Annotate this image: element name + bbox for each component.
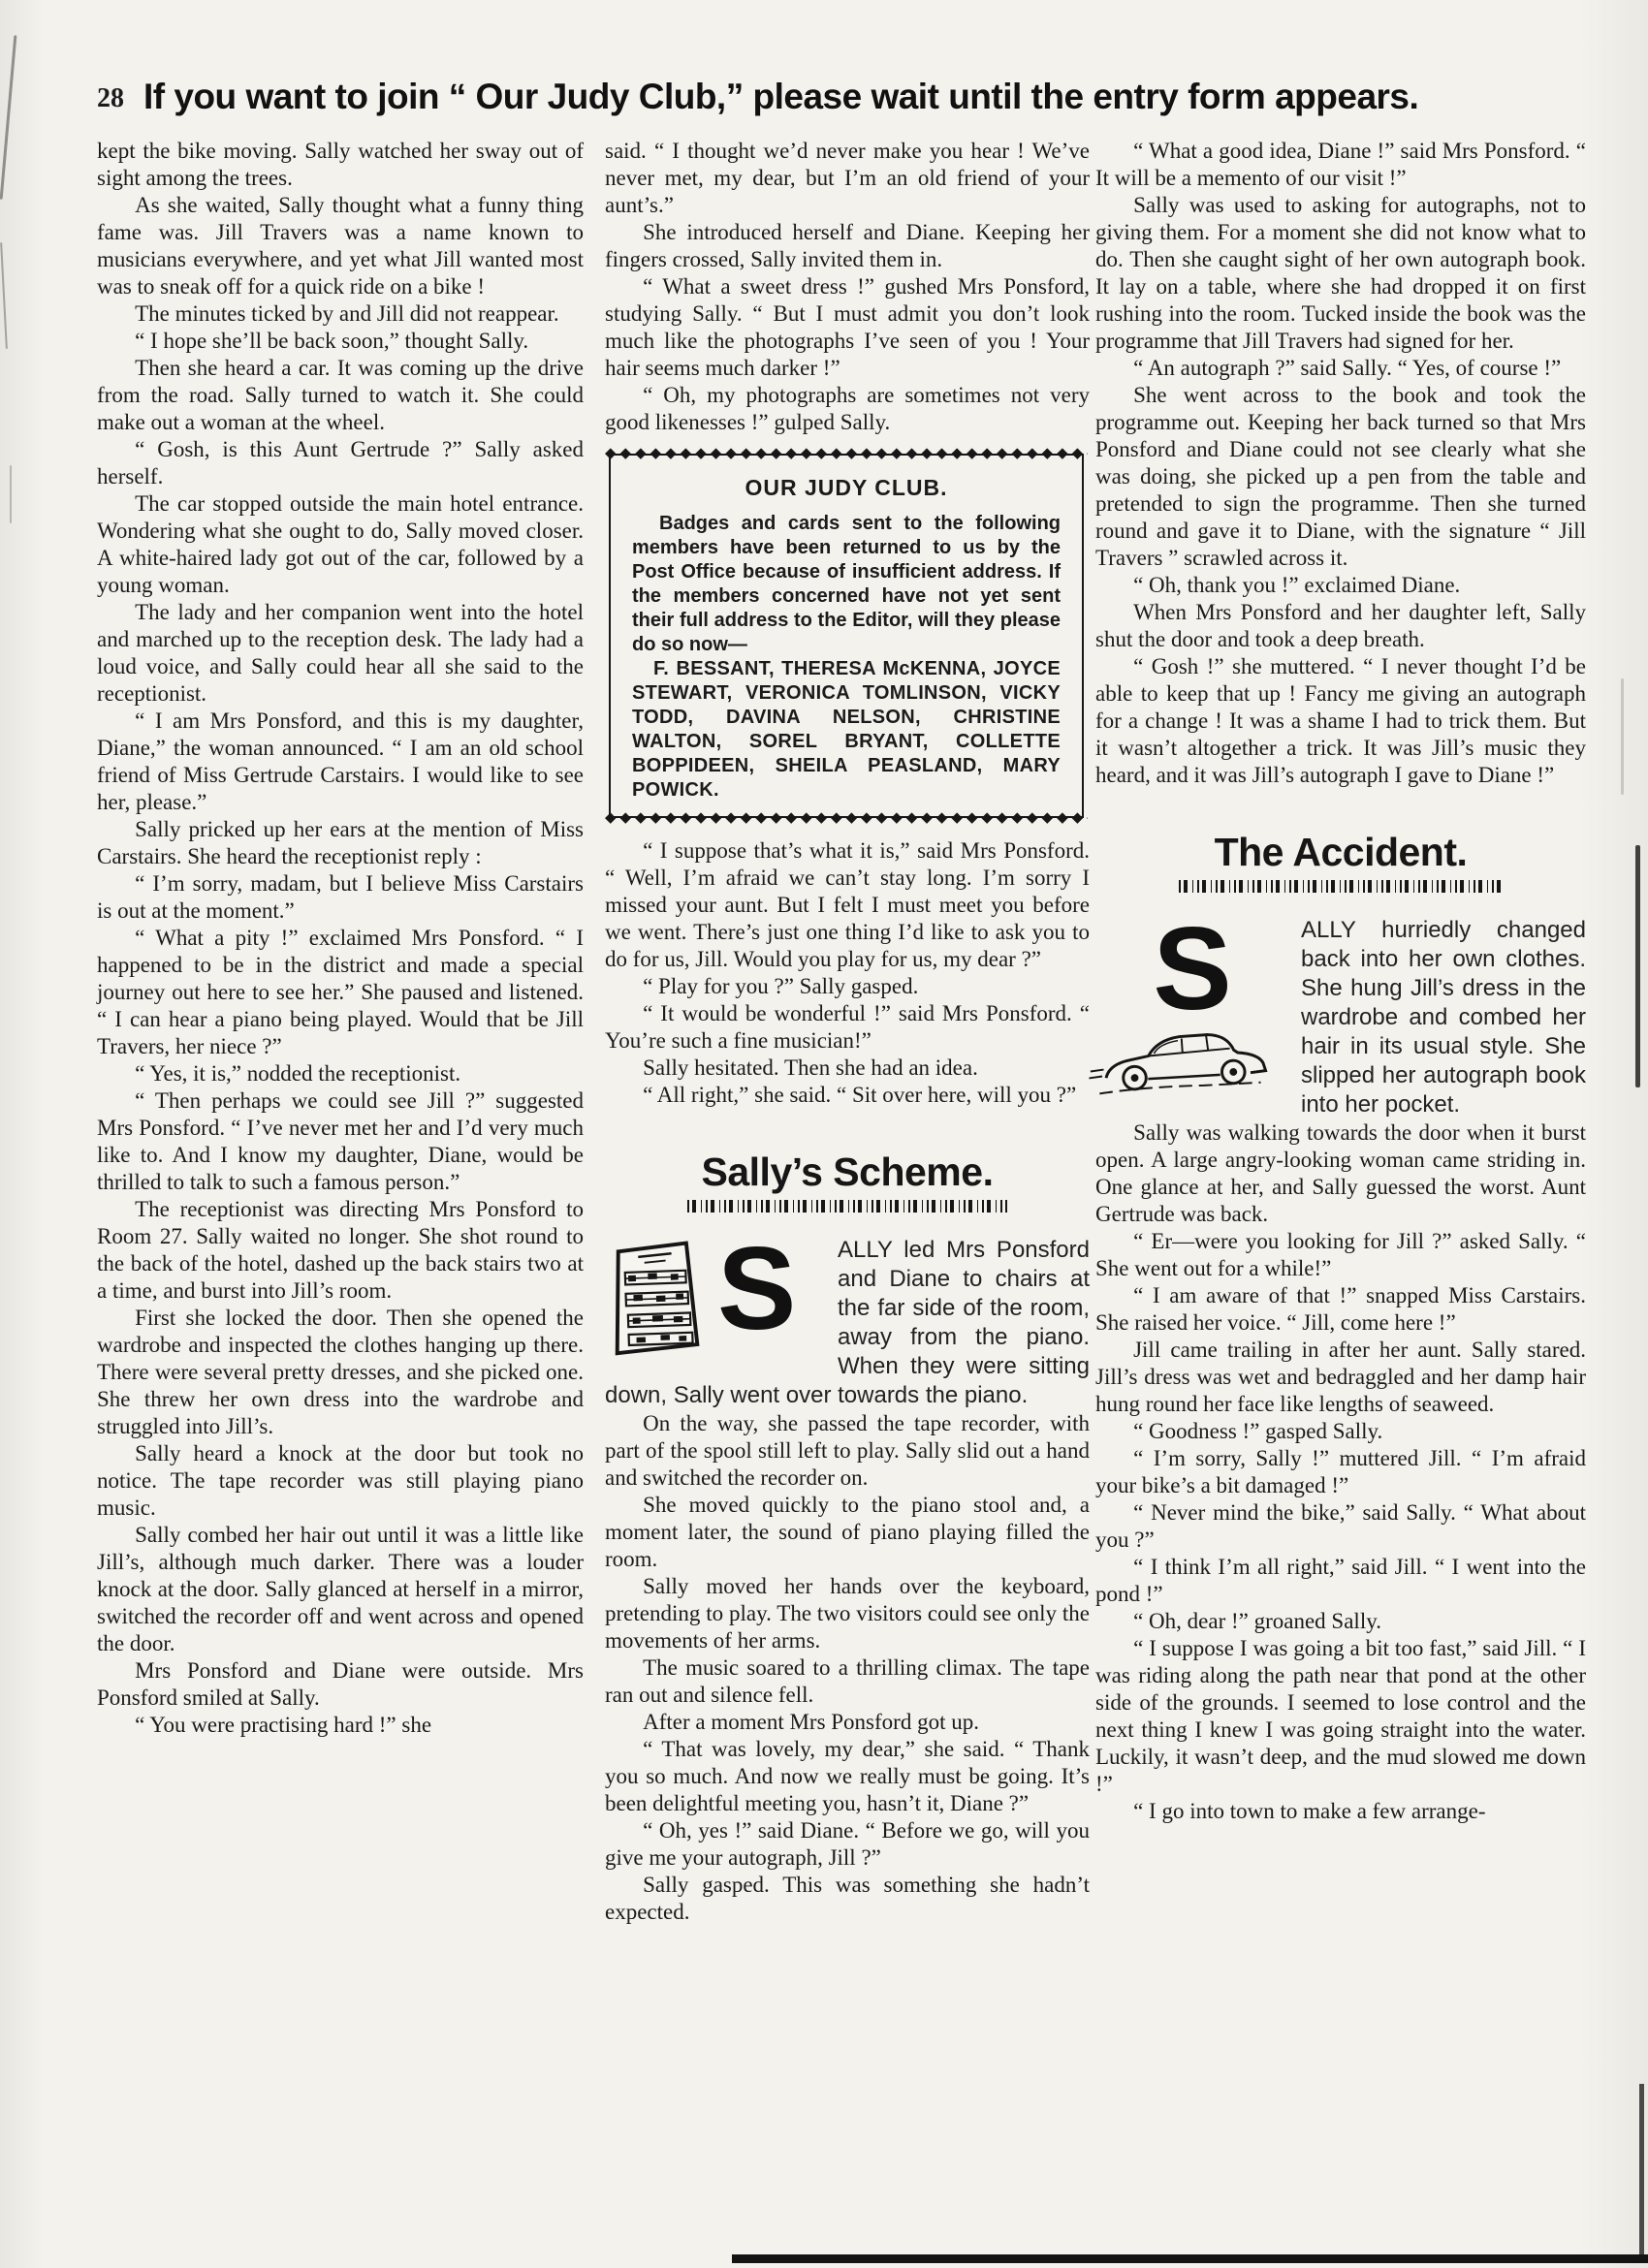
page-edge-mark — [1621, 678, 1624, 795]
paragraph: Sally pricked up her ears at the mention… — [97, 816, 584, 870]
paragraph: “ I am aware of that !” snapped Miss Car… — [1095, 1282, 1586, 1337]
page-edge-mark — [1639, 2084, 1644, 2263]
page-headline: If you want to join “ Our Judy Club,” pl… — [143, 78, 1598, 117]
paragraph: “ All right,” she said. “ Sit over here,… — [605, 1082, 1090, 1109]
club-box-border-right — [1075, 452, 1093, 820]
paragraph: “ Never mind the bike,” said Sally. “ Wh… — [1095, 1499, 1586, 1554]
paragraph: Jill came trailing in after her aunt. Sa… — [1095, 1337, 1586, 1418]
paragraph: “ Er—were you looking for Jill ?” asked … — [1095, 1228, 1586, 1282]
paragraph: After a moment Mrs Ponsford got up. — [605, 1709, 1090, 1736]
club-box-border-left — [600, 452, 618, 820]
section-heading-the-accident: The Accident. — [1095, 832, 1586, 893]
column3-top-paragraphs: “ What a good idea, Diane !” said Mrs Po… — [1095, 138, 1586, 789]
paragraph: Sally gasped. This was something she had… — [605, 1872, 1090, 1926]
paragraph: “ Oh, my photographs are sometimes not v… — [605, 382, 1090, 436]
paragraph: Sally hesitated. Then she had an idea. — [605, 1055, 1090, 1082]
paragraph: “ Then perhaps we could see Jill ?” sugg… — [97, 1087, 584, 1196]
paragraph: The lady and her companion went into the… — [97, 599, 584, 708]
paragraph: Sally heard a knock at the door but took… — [97, 1440, 584, 1522]
paragraph: Sally was used to asking for autographs,… — [1095, 192, 1586, 355]
judy-club-notice-box: OUR JUDY CLUB. Badges and cards sent to … — [609, 454, 1084, 818]
paragraph: “ I’m sorry, madam, but I believe Miss C… — [97, 870, 584, 925]
text-column-2: said. “ I thought we’d never make you he… — [605, 138, 1090, 1926]
lead-figure: S — [1095, 920, 1289, 1094]
paragraph: She moved quickly to the piano stool and… — [605, 1492, 1090, 1573]
paragraph: “ An autograph ?” said Sally. “ Yes, of … — [1095, 355, 1586, 382]
column2-mid-paragraphs: “ I suppose that’s what it is,” said Mrs… — [605, 837, 1090, 1109]
paragraph: First she locked the door. Then she open… — [97, 1305, 584, 1440]
lead-text: ALLY hurriedly changed back into her own… — [1301, 917, 1586, 1118]
sheet-music-icon — [603, 1238, 710, 1360]
paragraph: “ I think I’m all right,” said Jill. “ I… — [1095, 1554, 1586, 1608]
paragraph: “ Yes, it is,” nodded the receptionist. — [97, 1060, 584, 1087]
drop-cap: S — [1153, 920, 1231, 1017]
column2-top-paragraphs: said. “ I thought we’d never make you he… — [605, 138, 1090, 436]
paragraph: “ I’m sorry, Sally !” muttered Jill. “ I… — [1095, 1445, 1586, 1499]
paragraph: Sally moved her hands over the keyboard,… — [605, 1573, 1090, 1654]
heading-rule-ornament — [1179, 880, 1503, 893]
section-heading-sallys-scheme: Sally’s Scheme. — [605, 1151, 1090, 1213]
page-edge-mark — [1635, 845, 1640, 1087]
paragraph: The music soared to a thrilling climax. … — [605, 1654, 1090, 1709]
paragraph: She went across to the book and took the… — [1095, 382, 1586, 572]
paragraph: “ Play for you ?” Sally gasped. — [605, 973, 1090, 1000]
paragraph: “ Oh, dear !” groaned Sally. — [1095, 1608, 1586, 1635]
text-column-1: kept the bike moving. Sally watched her … — [97, 138, 584, 1739]
paragraph: “ Goodness !” gasped Sally. — [1095, 1418, 1586, 1445]
paragraph: The car stopped outside the main hotel e… — [97, 490, 584, 599]
paragraph: said. “ I thought we’d never make you he… — [605, 138, 1090, 219]
paragraph: On the way, she passed the tape recorder… — [605, 1410, 1090, 1492]
paragraph: “ What a good idea, Diane !” said Mrs Po… — [1095, 138, 1586, 192]
text-column-3: “ What a good idea, Diane !” said Mrs Po… — [1095, 138, 1586, 1825]
page-edge-mark — [0, 35, 16, 200]
paragraph: “ Oh, yes !” said Diane. “ Before we go,… — [605, 1817, 1090, 1872]
club-box-body: Badges and cards sent to the following m… — [632, 512, 1061, 657]
paragraph: Sally was walking towards the door when … — [1095, 1119, 1586, 1228]
section-title: The Accident. — [1095, 832, 1586, 873]
lead-figure: S — [605, 1240, 826, 1358]
page-edge-mark — [10, 465, 12, 523]
section-lead-paragraph: S ALLY led Mrs Ponsford and Diane to cha… — [605, 1236, 1090, 1410]
paragraph: As she waited, Sally thought what a funn… — [97, 192, 584, 300]
paragraph: She introduced herself and Diane. Keepin… — [605, 219, 1090, 273]
paragraph: “ What a pity !” exclaimed Mrs Ponsford.… — [97, 925, 584, 1060]
paragraph: The minutes ticked by and Jill did not r… — [97, 300, 584, 328]
club-box-member-names: F. BESSANT, THERESA McKENNA, JOYCE STEWA… — [632, 657, 1061, 803]
paragraph: Then she heard a car. It was coming up t… — [97, 355, 584, 436]
page-bottom-scan-line — [732, 2254, 1648, 2263]
page-edge-mark — [0, 242, 8, 349]
paragraph: When Mrs Ponsford and her daughter left,… — [1095, 599, 1586, 653]
paragraph: Mrs Ponsford and Diane were outside. Mrs… — [97, 1657, 584, 1712]
section-title: Sally’s Scheme. — [605, 1151, 1090, 1193]
column3-bottom-paragraphs: Sally was walking towards the door when … — [1095, 1119, 1586, 1825]
paragraph: “ What a sweet dress !” gushed Mrs Ponsf… — [605, 273, 1090, 382]
paragraph: “ That was lovely, my dear,” she said. “… — [605, 1736, 1090, 1817]
paragraph: “ It would be wonderful !” said Mrs Pons… — [605, 1000, 1090, 1055]
club-box-title: OUR JUDY CLUB. — [632, 475, 1061, 502]
paragraph: “ I suppose I was going a bit too fast,”… — [1095, 1635, 1586, 1798]
paragraph: Sally combed her hair out until it was a… — [97, 1522, 584, 1657]
paragraph: “ Oh, thank you !” exclaimed Diane. — [1095, 572, 1586, 599]
column2-bottom-paragraphs: On the way, she passed the tape recorder… — [605, 1410, 1090, 1926]
page-number: 28 — [97, 85, 124, 112]
paragraph: “ I am Mrs Ponsford, and this is my daug… — [97, 708, 584, 816]
paragraph: kept the bike moving. Sally watched her … — [97, 138, 584, 192]
paragraph: “ You were practising hard !” she — [97, 1712, 584, 1739]
paragraph: “ I suppose that’s what it is,” said Mrs… — [605, 837, 1090, 973]
drop-cap: S — [717, 1240, 796, 1337]
paragraph: “ I go into town to make a few arrange- — [1095, 1798, 1586, 1825]
paragraph: “ I hope she’ll be back soon,” thought S… — [97, 328, 584, 355]
paragraph: “ Gosh, is this Aunt Gertrude ?” Sally a… — [97, 436, 584, 490]
heading-rule-ornament — [687, 1200, 1007, 1213]
section-lead-paragraph: S ALLY hurriedly changed back into her o… — [1095, 916, 1586, 1119]
paragraph: The receptionist was directing Mrs Ponsf… — [97, 1196, 584, 1305]
car-icon — [1085, 1010, 1280, 1100]
magazine-page: { "header": { "page_number": "28", "head… — [0, 0, 1648, 2268]
paragraph: “ Gosh !” she muttered. “ I never though… — [1095, 653, 1586, 789]
